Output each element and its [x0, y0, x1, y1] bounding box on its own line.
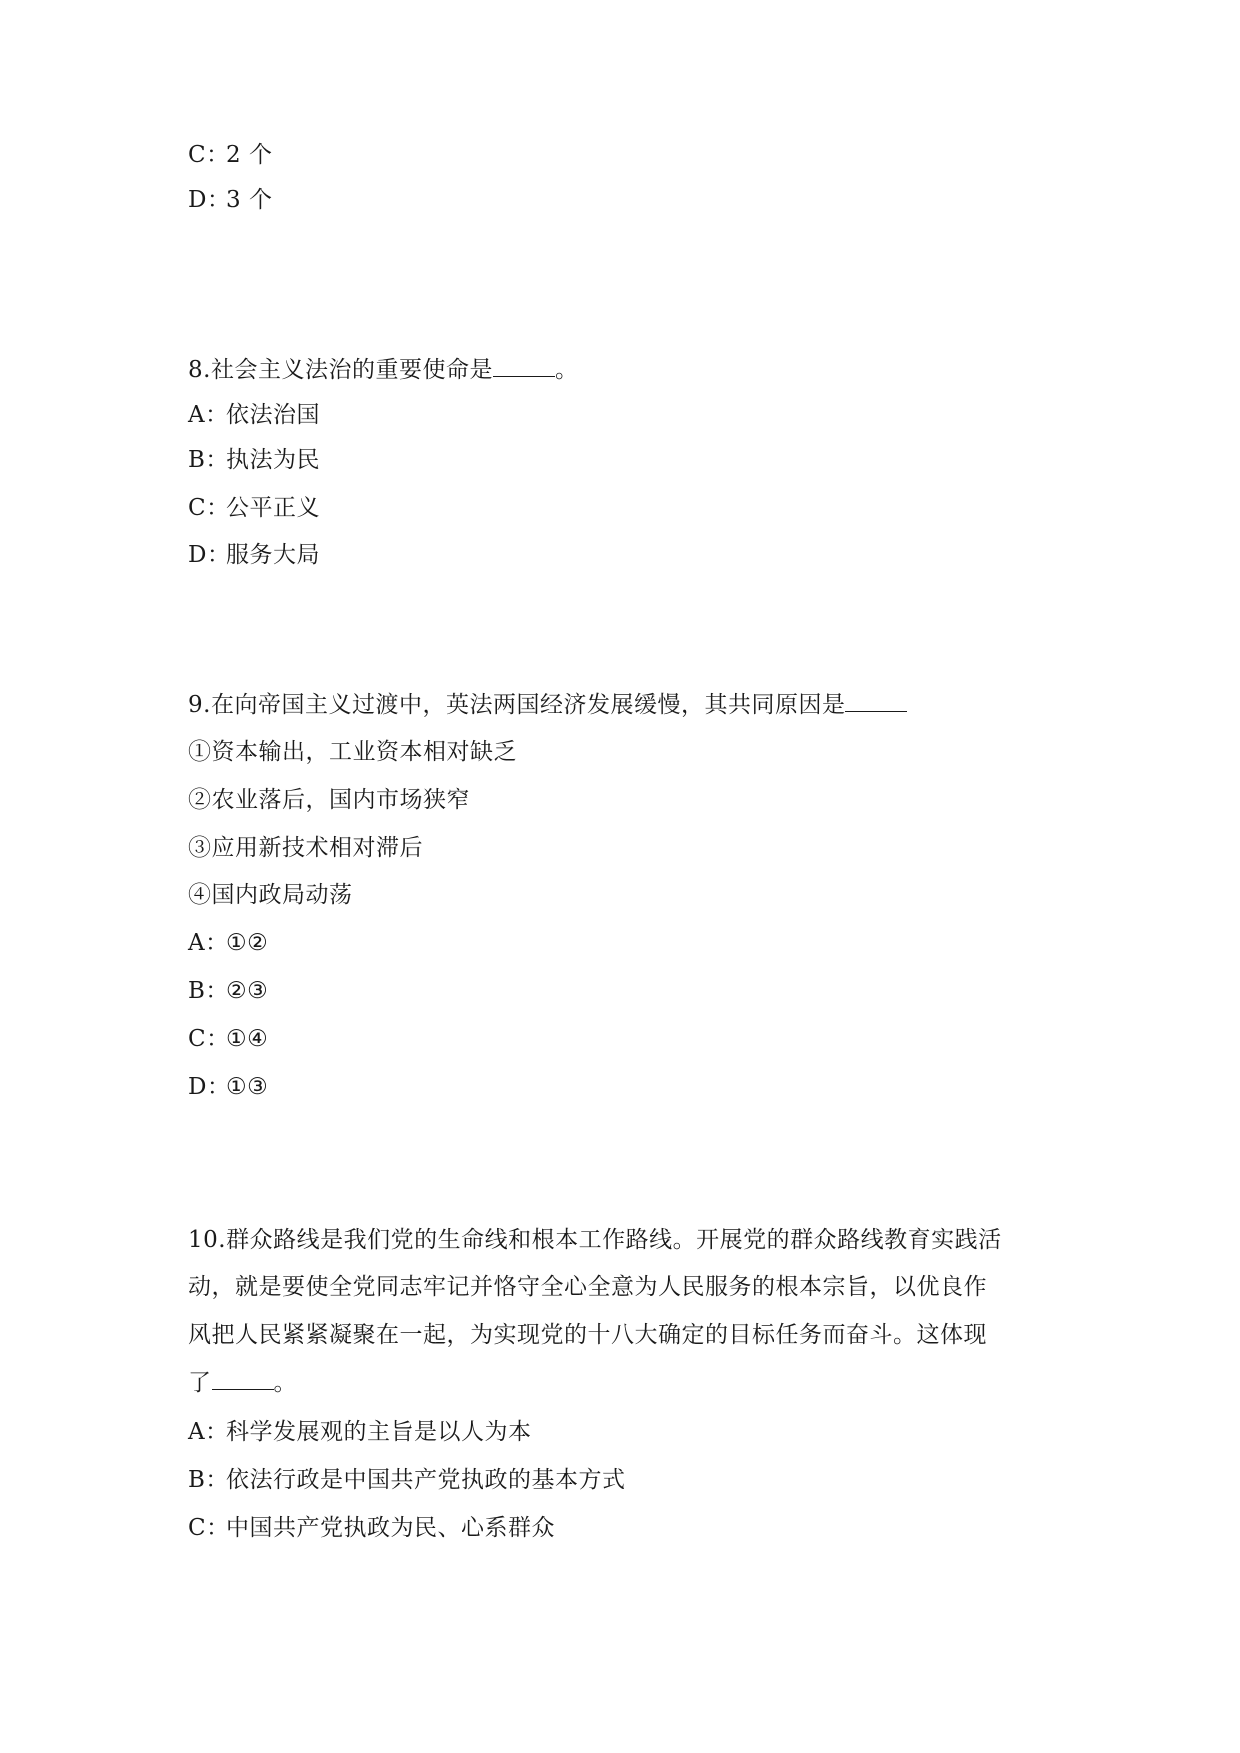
- statement-text: ②农业落后，国内市场狭窄: [188, 787, 470, 813]
- statement-text: ①资本输出，工业资本相对缺乏: [188, 739, 517, 765]
- q7-option-c: C：2 个: [188, 140, 272, 170]
- exam-page: C：2 个 D：3 个 8.社会主义法治的重要使命是。 A：依法治国 B：执法为…: [0, 0, 1240, 1753]
- q9-option-a: A：①②: [188, 928, 268, 958]
- option-label: A：: [188, 928, 226, 958]
- question-stem: 动，就是要使全党同志牢记并恪守全心全意为人民服务的根本宗旨，以优良作: [188, 1274, 987, 1300]
- q8-stem: 8.社会主义法治的重要使命是。: [188, 355, 578, 385]
- option-label: D：: [188, 1072, 226, 1102]
- stem-suffix: 。: [274, 1370, 298, 1396]
- q8-option-b: B：执法为民: [188, 445, 320, 475]
- q8-option-d: D：服务大局: [188, 540, 320, 570]
- option-label: A：: [188, 1417, 226, 1447]
- option-text: 执法为民: [226, 447, 320, 473]
- option-text: ②③: [226, 978, 268, 1004]
- q10-stem-line-2: 动，就是要使全党同志牢记并恪守全心全意为人民服务的根本宗旨，以优良作: [188, 1272, 987, 1302]
- q8-option-c: C：公平正义: [188, 493, 320, 523]
- option-label: D：: [188, 540, 226, 570]
- option-text: ①④: [226, 1026, 268, 1052]
- q7-option-d: D：3 个: [188, 185, 272, 215]
- statement-text: ③应用新技术相对滞后: [188, 835, 423, 861]
- option-label: B：: [188, 445, 226, 475]
- statement-text: ④国内政局动荡: [188, 882, 353, 908]
- q10-stem-line-3: 风把人民紧紧凝聚在一起，为实现党的十八大确定的目标任务而奋斗。这体现: [188, 1320, 987, 1350]
- option-text: ①②: [226, 930, 268, 956]
- answer-blank: [493, 356, 555, 377]
- answer-blank: [212, 1369, 274, 1390]
- q10-option-c: C：中国共产党执政为民、心系群众: [188, 1513, 555, 1543]
- q10-stem-line-1: 10.群众路线是我们党的生命线和根本工作路线。开展党的群众路线教育实践活: [188, 1225, 1002, 1255]
- option-label: C：: [188, 1513, 226, 1543]
- option-text: 公平正义: [226, 495, 320, 521]
- q8-option-a: A：依法治国: [188, 400, 320, 430]
- question-stem: 9.在向帝国主义过渡中，英法两国经济发展缓慢，其共同原因是: [188, 692, 845, 718]
- option-text: 依法治国: [226, 402, 320, 428]
- stem-suffix: 。: [555, 357, 579, 383]
- option-label: C：: [188, 1024, 226, 1054]
- question-stem: 8.社会主义法治的重要使命是: [188, 357, 493, 383]
- q10-option-a: A：科学发展观的主旨是以人为本: [188, 1417, 532, 1447]
- q9-statement-2: ②农业落后，国内市场狭窄: [188, 785, 470, 815]
- q9-statement-4: ④国内政局动荡: [188, 880, 353, 910]
- option-label: B：: [188, 1465, 226, 1495]
- option-label: D：: [188, 185, 226, 215]
- option-label: B：: [188, 976, 226, 1006]
- option-text: 服务大局: [226, 542, 320, 568]
- option-label: A：: [188, 400, 226, 430]
- question-stem: 10.群众路线是我们党的生命线和根本工作路线。开展党的群众路线教育实践活: [188, 1227, 1002, 1253]
- q9-option-c: C：①④: [188, 1024, 268, 1054]
- q9-statement-3: ③应用新技术相对滞后: [188, 833, 423, 863]
- q9-stem: 9.在向帝国主义过渡中，英法两国经济发展缓慢，其共同原因是: [188, 690, 907, 720]
- answer-blank: [845, 691, 907, 712]
- option-text: 科学发展观的主旨是以人为本: [226, 1419, 532, 1445]
- option-text: 中国共产党执政为民、心系群众: [226, 1515, 555, 1541]
- q10-option-b: B：依法行政是中国共产党执政的基本方式: [188, 1465, 626, 1495]
- q10-stem-line-4: 了。: [188, 1368, 297, 1398]
- q9-option-d: D：①③: [188, 1072, 268, 1102]
- option-text: 依法行政是中国共产党执政的基本方式: [226, 1467, 626, 1493]
- question-stem: 风把人民紧紧凝聚在一起，为实现党的十八大确定的目标任务而奋斗。这体现: [188, 1322, 987, 1348]
- option-text: 2 个: [226, 142, 272, 168]
- option-text: ①③: [226, 1074, 268, 1100]
- option-text: 3 个: [226, 187, 272, 213]
- q9-statement-1: ①资本输出，工业资本相对缺乏: [188, 737, 517, 767]
- q9-option-b: B：②③: [188, 976, 268, 1006]
- question-stem: 了: [188, 1370, 212, 1396]
- option-label: C：: [188, 140, 226, 170]
- option-label: C：: [188, 493, 226, 523]
